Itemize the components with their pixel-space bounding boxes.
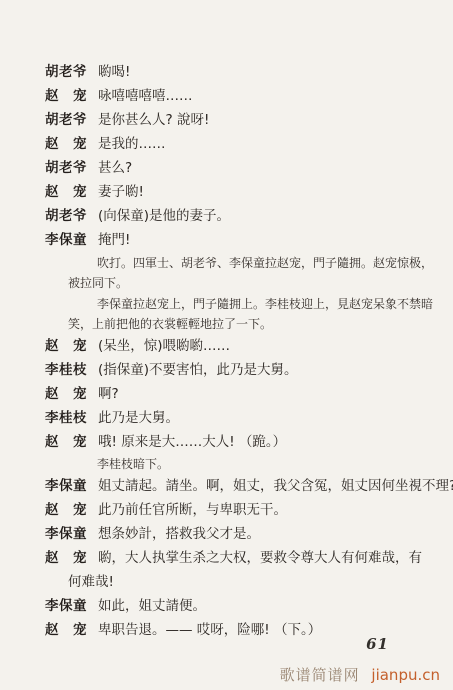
speaker-name: 赵 宠 [45, 382, 87, 406]
dialogue-line: 赵 宠啊? [45, 382, 439, 406]
speaker-name: 胡老爷 [45, 156, 87, 180]
stage-direction: 吹打。四軍士、胡老爷、李保童拉赵宠，門子隨拥。赵宠惊极， [45, 253, 439, 273]
speaker-name: 赵 宠 [45, 618, 87, 642]
speaker-name: 赵 宠 [45, 84, 87, 108]
dialogue-line: 赵 宠喲，大人执掌生杀之大权，要救令尊大人有何难哉，有 [45, 546, 439, 570]
dialogue-text: 喲，大人执掌生杀之大权，要救令尊大人有何难哉，有 [98, 546, 422, 570]
speaker-name: 胡老爷 [45, 204, 87, 228]
speaker-name: 赵 宠 [45, 132, 87, 156]
speaker-name: 赵 宠 [45, 498, 87, 522]
dialogue-line: 胡老爷甚么? [45, 156, 439, 180]
dialogue-line: 赵 宠此乃前任官所断，与卑职无干。 [45, 498, 439, 522]
speaker-name: 胡老爷 [45, 108, 87, 132]
dialogue-text: (向保童)是他的妻子。 [98, 204, 230, 228]
dialogue-line: 赵 宠哦! 原来是大……大人! （跪。） [45, 430, 439, 454]
page-number: 61 [366, 635, 389, 653]
dialogue-line: 胡老爷喲喝! [45, 60, 439, 84]
dialogue-text: 哦! 原来是大……大人! （跪。） [98, 430, 286, 454]
dialogue-text: 此乃前任官所断，与卑职无干。 [98, 498, 287, 522]
stage-text: 李桂枝暗下。 [97, 454, 169, 474]
dialogue-text: 何难哉! [68, 570, 114, 594]
stage-direction: 李保童拉赵宠上，門子隨拥上。李桂枝迎上，見赵宠呆象不禁暗 [45, 294, 439, 314]
dialogue-text: (指保童)不要害怕，此乃是大舅。 [98, 358, 298, 382]
stage-text: 李保童拉赵宠上，門子隨拥上。李桂枝迎上，見赵宠呆象不禁暗 [97, 294, 433, 314]
dialogue-line: 李保童掩門! [45, 228, 439, 252]
scanned-script-page: 胡老爷喲喝!赵 宠咏嘻嘻嘻嘻……胡老爷是你甚么人? 說呀!赵 宠是我的……胡老爷… [0, 0, 453, 690]
dialogue-line: 胡老爷(向保童)是他的妻子。 [45, 204, 439, 228]
dialogue-text: 啊? [98, 382, 119, 406]
speaker-name: 赵 宠 [45, 546, 87, 570]
dialogue-line: 赵 宠妻子喲! [45, 180, 439, 204]
dialogue-text: 咏嘻嘻嘻嘻…… [98, 84, 193, 108]
speaker-name: 胡老爷 [45, 60, 87, 84]
dialogue-line: 李保童想条妙計，搭救我父才是。 [45, 522, 439, 546]
dialogue-text: 此乃是大舅。 [98, 406, 179, 430]
dialogue-text: 是你甚么人? 說呀! [98, 108, 209, 132]
watermark: 歌谱简谱网 jianpu.cn [280, 664, 440, 685]
speaker-name: 赵 宠 [45, 430, 87, 454]
dialogue-line: 李桂枝(指保童)不要害怕，此乃是大舅。 [45, 358, 439, 382]
stage-direction: 笑，上前把他的衣裳輕輕地拉了一下。 [45, 314, 439, 334]
dialogue-text: 卑职告退。—— 哎呀，险哪! （下。） [98, 618, 321, 642]
speaker-name: 李保童 [45, 594, 87, 618]
script-body: 胡老爷喲喝!赵 宠咏嘻嘻嘻嘻……胡老爷是你甚么人? 說呀!赵 宠是我的……胡老爷… [45, 60, 439, 642]
dialogue-text: 甚么? [98, 156, 132, 180]
dialogue-text: (呆坐，惊)喂喲喲…… [98, 334, 230, 358]
dialogue-text: 掩門! [98, 228, 130, 252]
dialogue-text: 如此，姐丈請便。 [98, 594, 206, 618]
stage-text: 吹打。四軍士、胡老爷、李保童拉赵宠，門子隨拥。赵宠惊极， [97, 253, 433, 273]
dialogue-text: 妻子喲! [98, 180, 144, 204]
dialogue-line: 胡老爷是你甚么人? 說呀! [45, 108, 439, 132]
stage-direction: 李桂枝暗下。 [45, 454, 439, 474]
dialogue-text: 喲喝! [98, 60, 130, 84]
dialogue-text: 姐丈請起。請坐。啊，姐丈，我父含冤，姐丈因何坐視不理? [98, 474, 453, 498]
speaker-name: 李桂枝 [45, 406, 87, 430]
dialogue-text: 是我的…… [98, 132, 166, 156]
dialogue-continuation: 何难哉! [45, 570, 439, 594]
speaker-name: 李保童 [45, 474, 87, 498]
dialogue-line: 赵 宠咏嘻嘻嘻嘻…… [45, 84, 439, 108]
watermark-site-name: 歌谱简谱网 [280, 666, 360, 684]
dialogue-line: 李桂枝此乃是大舅。 [45, 406, 439, 430]
watermark-site-url: jianpu.cn [371, 666, 440, 684]
dialogue-text: 想条妙計，搭救我父才是。 [98, 522, 260, 546]
dialogue-line: 李保童如此，姐丈請便。 [45, 594, 439, 618]
dialogue-line: 李保童姐丈請起。請坐。啊，姐丈，我父含冤，姐丈因何坐視不理? [45, 474, 439, 498]
speaker-name: 赵 宠 [45, 334, 87, 358]
stage-text: 被拉同下。 [68, 273, 128, 293]
speaker-name: 李保童 [45, 228, 87, 252]
stage-direction: 被拉同下。 [45, 273, 439, 293]
dialogue-line: 赵 宠(呆坐，惊)喂喲喲…… [45, 334, 439, 358]
speaker-name: 赵 宠 [45, 180, 87, 204]
speaker-name: 李保童 [45, 522, 87, 546]
dialogue-line: 赵 宠是我的…… [45, 132, 439, 156]
stage-text: 笑，上前把他的衣裳輕輕地拉了一下。 [68, 314, 272, 334]
speaker-name: 李桂枝 [45, 358, 87, 382]
